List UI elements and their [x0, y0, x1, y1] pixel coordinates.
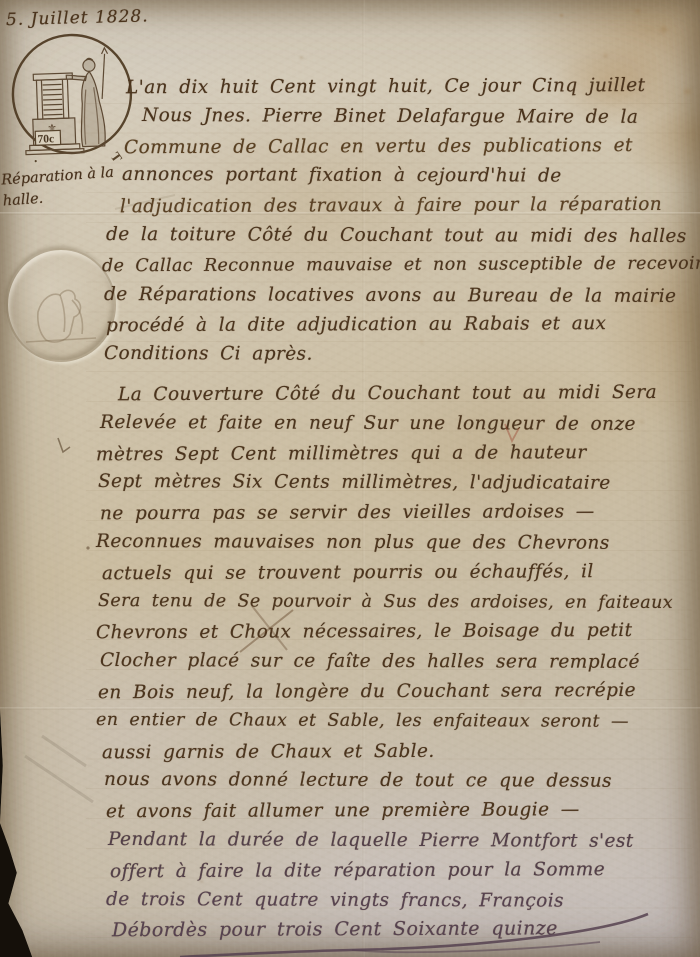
manuscript-line: Conditions Ci après. — [104, 339, 696, 371]
manuscript-line: aussi garnis de Chaux et Sable. — [102, 735, 696, 767]
foxing-spots — [0, 0, 3, 3]
manuscript-line: de la toiture Côté du Couchant tout au m… — [106, 220, 696, 252]
manuscript-page: 5. Juillet 1828. TIMBRE ROYAL. — [0, 0, 700, 957]
manuscript-line: de Réparations locatives avons au Bureau… — [104, 280, 696, 312]
manuscript-line: Relevée et faite en neuf Sur une longueu… — [100, 408, 696, 440]
manuscript-line: mètres Sept Cent millimètres qui a de ha… — [96, 437, 696, 469]
manuscript-line: Reconnues mauvaises non plus que des Che… — [96, 527, 696, 559]
manuscript-line: et avons fait allumer une première Bougi… — [106, 795, 696, 827]
manuscript-line: Clocher placé sur ce faîte des halles se… — [100, 646, 696, 678]
manuscript-line: Nous Jnes. Pierre Binet Delafargue Maire… — [142, 101, 696, 133]
manuscript-line: Sera tenu de Se pourvoir à Sus des ardoi… — [98, 587, 696, 619]
manuscript-line: Commune de Callac en vertu des publicati… — [124, 130, 696, 162]
date-annotation: 5. Juillet 1828. — [6, 6, 166, 30]
manuscript-line: l'adjudication des travaux à faire pour … — [120, 190, 696, 222]
manuscript-line: procédé à la dite adjudication au Rabais… — [106, 309, 696, 341]
manuscript-line: actuels qui se trouvent pourris ou échau… — [102, 556, 696, 588]
manuscript-line: La Couverture Côté du Couchant tout au m… — [118, 378, 696, 410]
manuscript-line: offert à faire la dite réparation pour l… — [110, 854, 696, 886]
manuscript-line: de Callac Reconnue mauvaise et non susce… — [102, 249, 696, 281]
manuscript-line: Débordès pour trois Cent Soixante quinze — [112, 914, 696, 946]
manuscript-line: de trois Cent quatre vingts francs, Fran… — [106, 884, 696, 916]
manuscript-body: L'an dix huit Cent vingt huit, Ce jour C… — [96, 72, 696, 945]
manuscript-line: nous avons donné lecture de tout ce que … — [104, 765, 696, 797]
manuscript-line: en entier de Chaux et Sable, les enfaite… — [96, 706, 696, 738]
manuscript-line: Chevrons et Choux nécessaires, le Boisag… — [96, 616, 696, 648]
manuscript-line: Sept mètres Six Cents millimètres, l'adj… — [98, 467, 696, 499]
manuscript-line: ne pourra pas se servir des vieilles ard… — [100, 497, 696, 529]
stamp-value-label: 70c — [37, 133, 54, 146]
manuscript-line: en Bois neuf, la longère du Couchant ser… — [98, 676, 696, 708]
manuscript-photo: 5. Juillet 1828. TIMBRE ROYAL. — [0, 0, 700, 957]
manuscript-line: L'an dix huit Cent vingt huit, Ce jour C… — [126, 71, 696, 103]
manuscript-line: Pendant la durée de laquelle Pierre Mont… — [108, 825, 696, 857]
manuscript-line: annonces portant fixation à cejourd'hui … — [122, 160, 696, 192]
